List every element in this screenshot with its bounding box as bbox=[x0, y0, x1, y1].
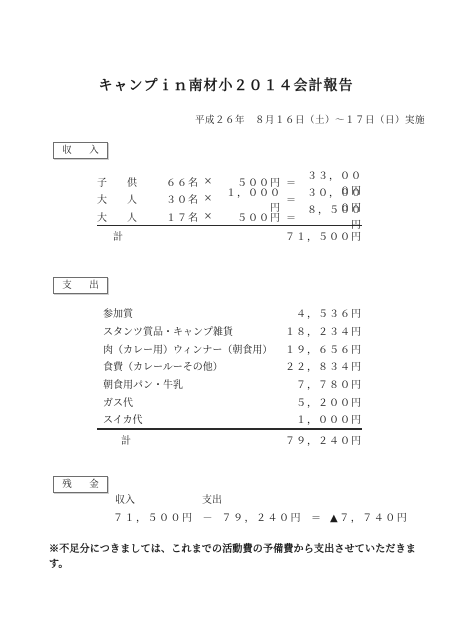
expense-row-amount: １８，２３４円 bbox=[285, 323, 362, 338]
section-header-income: 収 入 bbox=[53, 142, 108, 159]
expense-table: 参加賞 ４，５３６円 スタンツ賞品・キャンプ雑貨 １８，２３４円 肉（カレー用）… bbox=[97, 304, 362, 449]
expense-row-label: 朝食用パン・牛乳 bbox=[97, 376, 296, 391]
minus-sign: － bbox=[203, 509, 213, 524]
income-total-row: 計 ７１，５００円 bbox=[97, 225, 362, 246]
multiply-sign: × bbox=[199, 176, 217, 187]
page-title: キャンプｉｎ南材小２０１４会計報告 bbox=[0, 75, 452, 95]
multiply-sign: × bbox=[199, 193, 217, 204]
expense-row: スイカ代 １，０００円 bbox=[97, 410, 362, 428]
section-header-balance: 残 金 bbox=[53, 476, 108, 493]
equals-sign: ＝ bbox=[281, 191, 301, 206]
expense-row-label: ガス代 bbox=[97, 394, 296, 409]
expense-row-label: 食費（カレールーその他） bbox=[97, 358, 285, 373]
equals-sign: ＝ bbox=[311, 509, 321, 524]
income-row-unit-price: ５００円 bbox=[217, 209, 281, 224]
expense-row-amount: １９，６５６円 bbox=[285, 341, 362, 356]
income-row-count: １７名 bbox=[149, 209, 199, 224]
expense-total-amount: ７９，２４０円 bbox=[131, 432, 362, 447]
expense-row-label: 参加賞 bbox=[97, 305, 296, 320]
balance-expense-label: 支出 bbox=[202, 491, 222, 506]
expense-row-amount: ５，２００円 bbox=[296, 394, 362, 409]
income-total-label: 計 bbox=[97, 228, 123, 243]
expense-row-label: スタンツ賞品・キャンプ雑貨 bbox=[97, 323, 285, 338]
expense-total-row: 計 ７９，２４０円 bbox=[97, 428, 362, 449]
balance-equation: ７１，５００円 － ７９，２４０円 ＝ ▲７，７４０円 bbox=[113, 509, 408, 524]
expense-total-label: 計 bbox=[97, 432, 131, 447]
expense-row: 肉（カレー用）ウィンナー（朝食用） １９，６５６円 bbox=[97, 339, 362, 357]
balance-income-amount: ７１，５００円 bbox=[113, 509, 194, 524]
income-row-label: 大 人 bbox=[97, 191, 149, 206]
expense-row-amount: １，０００円 bbox=[296, 411, 362, 426]
expense-row: ガス代 ５，２００円 bbox=[97, 392, 362, 410]
expense-row-label: スイカ代 bbox=[97, 411, 296, 426]
event-date-line: 平成２６年 ８月１６日（土）～１７日（日）実施 bbox=[195, 112, 425, 126]
income-row-label: 大 人 bbox=[97, 209, 149, 224]
income-total-amount: ７１，５００円 bbox=[123, 228, 362, 243]
equals-sign: ＝ bbox=[281, 174, 301, 189]
footnote: ※不足分につきましては、これまでの活動費の予備費から支出させていただきます。 bbox=[49, 540, 428, 570]
income-row-amount: ８，５００円 bbox=[301, 201, 362, 231]
balance-income-label: 収入 bbox=[115, 491, 135, 506]
expense-row-amount: ２２，８３４円 bbox=[285, 358, 362, 373]
section-header-expense: 支 出 bbox=[53, 277, 108, 294]
income-row-count: ６６名 bbox=[149, 174, 199, 189]
accounting-report-page: キャンプｉｎ南材小２０１４会計報告 平成２６年 ８月１６日（土）～１７日（日）実… bbox=[0, 0, 452, 640]
expense-row-label: 肉（カレー用）ウィンナー（朝食用） bbox=[97, 341, 285, 356]
expense-row: 参加賞 ４，５３６円 bbox=[97, 304, 362, 322]
multiply-sign: × bbox=[199, 211, 217, 222]
expense-row: 朝食用パン・牛乳 ７，７８０円 bbox=[97, 375, 362, 393]
income-table: 子 供 ６６名 × ５００円 ＝ ３３，０００円 大 人 ３０名 × １，０００… bbox=[97, 173, 362, 246]
expense-row-amount: ７，７８０円 bbox=[296, 376, 362, 391]
income-row: 大 人 １７名 × ５００円 ＝ ８，５００円 bbox=[97, 208, 362, 225]
expense-row-amount: ４，５３６円 bbox=[296, 305, 362, 320]
equals-sign: ＝ bbox=[281, 209, 301, 224]
balance-expense-amount: ７９，２４０円 bbox=[222, 509, 303, 524]
balance-result-amount: ▲７，７４０円 bbox=[330, 509, 408, 524]
income-row-label: 子 供 bbox=[97, 174, 149, 189]
income-row-count: ３０名 bbox=[149, 191, 199, 206]
expense-row: 食費（カレールーその他） ２２，８３４円 bbox=[97, 357, 362, 375]
expense-row: スタンツ賞品・キャンプ雑貨 １８，２３４円 bbox=[97, 322, 362, 340]
